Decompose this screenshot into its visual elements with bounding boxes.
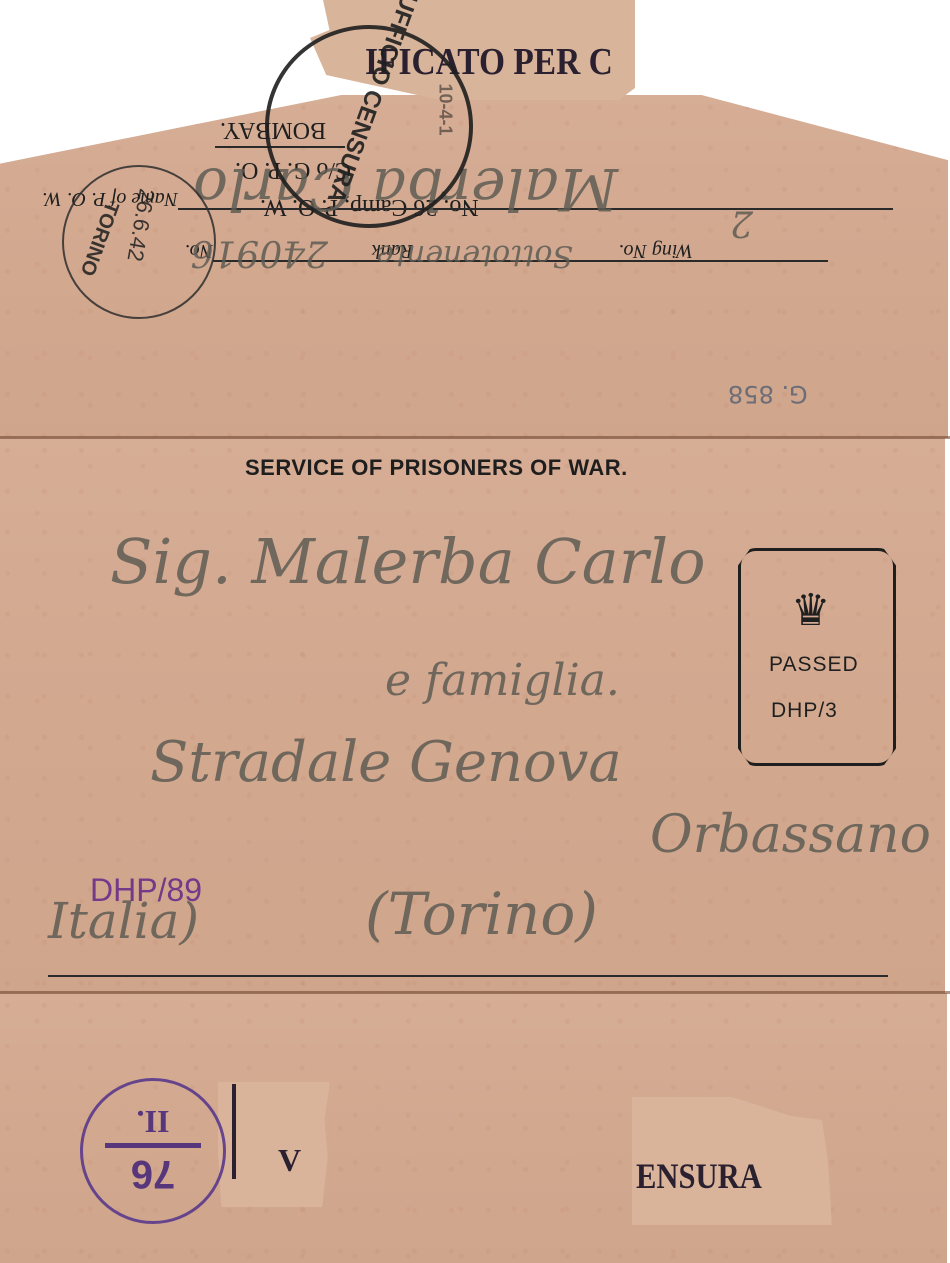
- examiner-mark: DHP/89: [90, 872, 202, 909]
- censor-number-bottom: 76: [83, 1151, 223, 1196]
- censor-number-top: II.: [83, 1103, 223, 1140]
- fold-line-upper: [0, 436, 950, 439]
- censura-ring-text: UFFICIO CENSURA: [321, 0, 423, 207]
- torino-postmark: TORINO 26.6.42: [62, 165, 216, 319]
- censor-number-stamp: II. 76: [80, 1078, 226, 1224]
- seal-right-text: ENSURA: [636, 1155, 762, 1197]
- address-line-5: (Torino): [365, 880, 598, 948]
- rank-handwritten: Sottotenente: [376, 238, 573, 273]
- crown-icon: ♛: [791, 589, 830, 633]
- passed-code: DHP/3: [771, 699, 838, 723]
- seal-left-text: V: [278, 1142, 301, 1179]
- censor-number-divider: [105, 1143, 201, 1148]
- address-line-2: e famiglia.: [385, 655, 620, 706]
- document-title: SERVICE OF PRISONERS OF WAR.: [245, 455, 628, 481]
- address-baseline: [48, 975, 888, 977]
- passed-text: PASSED: [769, 653, 859, 677]
- address-line-1: Sig. Malerba Carlo: [110, 525, 706, 598]
- address-line-4: Orbassano: [650, 805, 931, 865]
- torino-city: TORINO: [75, 198, 123, 279]
- torino-date: 26.6.42: [122, 187, 160, 264]
- passed-censor-stamp: ♛ PASSED DHP/3: [738, 548, 896, 766]
- wing-label: Wing No.: [619, 239, 693, 262]
- censor-seal-fragment-left: V: [218, 1082, 330, 1207]
- seal-bar: [232, 1084, 236, 1179]
- pencil-reference: G. 858: [728, 380, 808, 408]
- fold-line-lower: [0, 991, 950, 994]
- censura-postmark: UFFICIO CENSURA 10-4-1: [265, 25, 473, 228]
- censura-date-fragment: 10-4-1: [435, 83, 456, 135]
- address-line-3: Stradale Genova: [150, 730, 622, 795]
